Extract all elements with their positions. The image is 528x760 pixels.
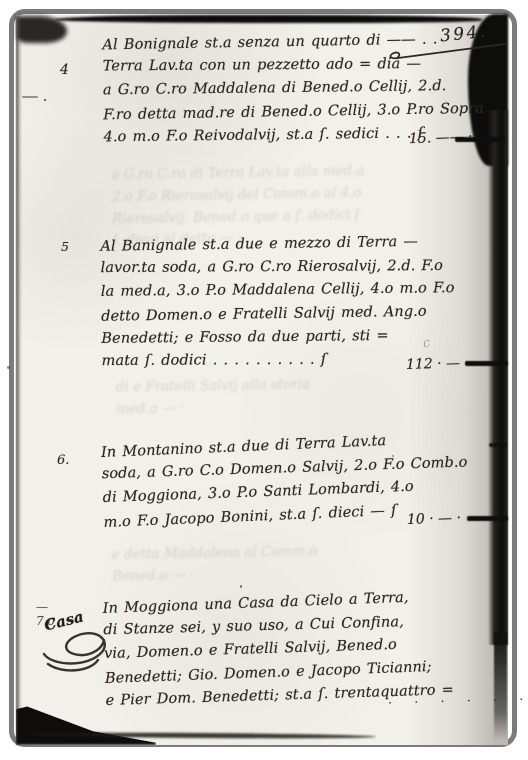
entry-number: 5 — [61, 239, 69, 254]
speck-mark — [44, 99, 46, 101]
entry-amount: 112 · — · — [406, 355, 469, 373]
margin-dash-mark — [22, 96, 38, 98]
handwritten-line: lavor.ta soda, a G.ro C.ro Rierosalvij, … — [101, 255, 455, 280]
speck-mark — [7, 366, 10, 369]
book-binding-edge — [488, 110, 508, 645]
entry-number: 6. — [57, 453, 69, 468]
bleedthrough-block: di e Fratelli Salvij alla storia med.a —… — [116, 375, 311, 421]
ink-edge-mark — [455, 137, 505, 142]
margin-note-flourish — [38, 620, 120, 678]
ink-edge-mark — [465, 361, 508, 366]
handwritten-line: Terra Lav.ta con un pezzetto ado = dia — — [103, 53, 484, 79]
page-top-edge — [54, 15, 482, 23]
top-left-blotch — [17, 16, 67, 43]
entry-amount: 10 · — · — [407, 510, 462, 528]
ink-edge-mark — [489, 443, 507, 447]
ink-edge-mark — [467, 516, 508, 521]
bleedthrough-line: e detta Maddalena al Comm.o — [112, 541, 318, 566]
speck-mark — [240, 585, 242, 588]
speck-mark — [392, 455, 394, 457]
page-left-edge — [16, 15, 22, 745]
bleedthrough-line: med.a — · — [116, 396, 311, 421]
bleedthrough-line: Bened.o — · — [112, 563, 318, 588]
bleedthrough-block: e detta Maddalena al Comm.o Bened.o — · — [112, 541, 319, 588]
bleedthrough-line: di e Fratelli Salvij alla storia — [116, 375, 311, 400]
entry-number: 4 — [60, 62, 69, 78]
handwritten-line: mata ſ. dodici . . . . . . . . . . ſ — [102, 348, 456, 373]
scanned-document: 394. a G.ro C.ro di Terra Lav.ta alla me… — [0, 0, 528, 760]
binding-lower-taper — [494, 632, 507, 740]
